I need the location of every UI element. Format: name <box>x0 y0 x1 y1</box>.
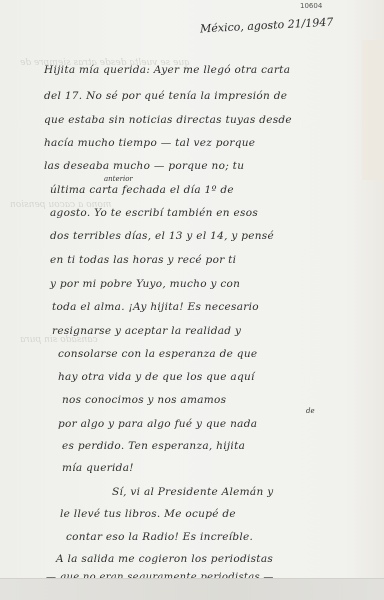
letter-line: es perdido. Ten esperanza, hijita <box>62 440 245 452</box>
letter-line: A la salida me cogieron los periodistas <box>56 553 273 565</box>
letter-line: que estaba sin noticias directas tuyas d… <box>44 114 292 126</box>
letter-line: toda el alma. ¡Ay hijita! Es necesario <box>52 301 259 313</box>
letter-line: Sí, vi al Presidente Alemán y <box>112 486 273 498</box>
letter-line: consolarse con la esperanza de que <box>58 348 257 360</box>
letter-line: resignarse y aceptar la realidad y <box>52 325 241 337</box>
letter-line: dos terribles días, el 13 y el 14, y pen… <box>50 230 274 242</box>
catalog-number: 10604 <box>300 2 322 10</box>
letter-line: y por mi pobre Yuyo, mucho y con <box>50 278 240 290</box>
letter-line: hay otra vida y de que los que aquí <box>58 371 255 383</box>
interlinear-insertion: de <box>306 407 315 415</box>
letter-line: agosto. Yo te escribí también en esos <box>50 207 258 219</box>
letter-line: del 17. No sé por qué tenía la impresión… <box>44 90 287 102</box>
letter-line: Hijita mía querida: Ayer me llegó otra c… <box>44 64 290 76</box>
letter-line: las deseaba mucho — porque no; tu <box>44 160 244 172</box>
letter-line: en ti todas las horas y recé por ti <box>50 254 236 266</box>
letter-line: mía querida! <box>62 462 134 474</box>
letter-line: hacía mucho tiempo — tal vez porque <box>44 137 255 149</box>
letter-line: por algo y para algo fué y que nada <box>58 418 257 430</box>
letter-line: le llevé tus libros. Me ocupé de <box>60 508 236 520</box>
letter-line: nos conocimos y nos amamos <box>62 394 226 406</box>
dateline: México, agosto 21/1947 <box>200 16 334 36</box>
letter-line: última carta fechada el día 1º de <box>50 184 234 196</box>
interlinear-insertion: anterior <box>104 175 133 183</box>
letter-page: que se vuelta desde atras siempre de mon… <box>0 0 384 578</box>
scan-background <box>0 578 384 600</box>
letter-line: contar eso la Radio! Es increíble. <box>66 531 253 543</box>
